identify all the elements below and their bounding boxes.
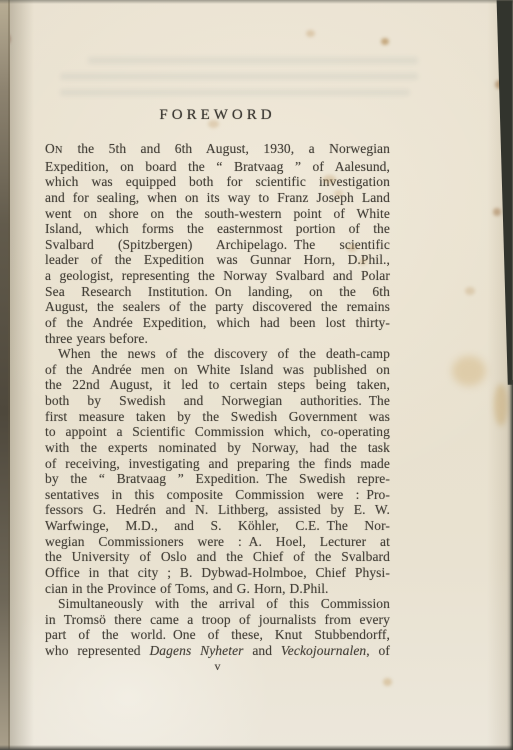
text-line: fessors G. Hedrén and N. Lithberg, assis…: [45, 502, 390, 518]
text-line: three years before.: [45, 331, 390, 347]
foxing-stain: [306, 30, 315, 37]
text-line: When the news of the discovery of the de…: [45, 346, 390, 362]
text-line: Simultaneously with the arrival of this …: [45, 596, 390, 612]
text-line: part of the world. One of these, Knut St…: [45, 627, 390, 643]
text-line: Warfwinge, M.D., and S. Köhler, C.E. The…: [45, 518, 390, 534]
foxing-stain: [381, 38, 389, 45]
text-line: sentatives in this composite Commission …: [45, 487, 390, 503]
text-line: Island, which forms the easternmost port…: [45, 221, 390, 237]
page-edge-top: [0, 0, 513, 4]
text-line: ON the 5th and 6th August, 1930, a Norwe…: [45, 141, 390, 159]
page-edge-bottom: [0, 745, 513, 750]
text-line: cian in the Province of Toms, and G. Hor…: [45, 581, 390, 597]
foxing-stain: [334, 190, 343, 197]
text-line: of the Andrée Expedition, which had been…: [45, 315, 390, 331]
foxing-stain: [347, 244, 357, 252]
foxing-stain: [208, 120, 219, 128]
text-line: of the Andrée men on White Island was pu…: [45, 362, 390, 378]
text-line: the 22nd August, it led to certain steps…: [45, 377, 390, 393]
text-line: both by Swedish and Norwegian authoritie…: [45, 393, 390, 409]
body-text: ON the 5th and 6th August, 1930, a Norwe…: [45, 141, 390, 659]
text-line: with the experts nominated by Norway, ha…: [45, 440, 390, 456]
text-line: in Tromsö there came a troop of journali…: [45, 612, 390, 628]
text-line: Expedition, on board the “ Bratvaag ” of…: [45, 159, 390, 175]
book-page: FOREWORD ON the 5th and 6th August, 1930…: [0, 0, 513, 750]
spine-shadow: [8, 0, 34, 750]
text-line: who represented Dagens Nyheter and Vecko…: [45, 643, 390, 659]
show-through-text: [60, 89, 410, 96]
show-through-text: [88, 57, 418, 64]
text-line: by the “ Bratvaag ” Expedition. The Swed…: [45, 471, 390, 487]
text-line: wegian Commissioners were : A. Hoel, Lec…: [45, 534, 390, 550]
show-through-text: [60, 73, 418, 80]
text-line: went on shore on the south-western point…: [45, 206, 390, 222]
text-line: Office in that city ; B. Dybwad-Holmboe,…: [45, 565, 390, 581]
text-line: a geologist, representing the Norway Sva…: [45, 268, 390, 284]
text-line: leader of the Expedition was Gunnar Horn…: [45, 252, 390, 268]
text-line: of receiving, investigating and preparin…: [45, 456, 390, 472]
book-photo: FOREWORD ON the 5th and 6th August, 1930…: [0, 0, 513, 750]
text-line: to appoint a Scientific Commission which…: [45, 424, 390, 440]
text-line: Svalbard (Spitzbergen) Archipelago. The …: [45, 237, 390, 253]
foxing-stain: [323, 175, 336, 184]
foxing-stain: [465, 287, 475, 295]
foxing-stain: [359, 258, 367, 265]
page-edge-right: [507, 380, 513, 750]
text-line: first measure taken by the Swedish Gover…: [45, 409, 390, 425]
foxing-stain: [383, 678, 392, 686]
text-line: Sea Research Institution. On landing, on…: [45, 284, 390, 300]
text-line: which was equipped both for scientific i…: [45, 174, 390, 190]
foxing-stain: [452, 356, 486, 386]
text-line: the University of Oslo and the Chief of …: [45, 549, 390, 565]
page-number: v: [45, 659, 390, 674]
text-line: August, the sealers of the party discove…: [45, 299, 390, 315]
